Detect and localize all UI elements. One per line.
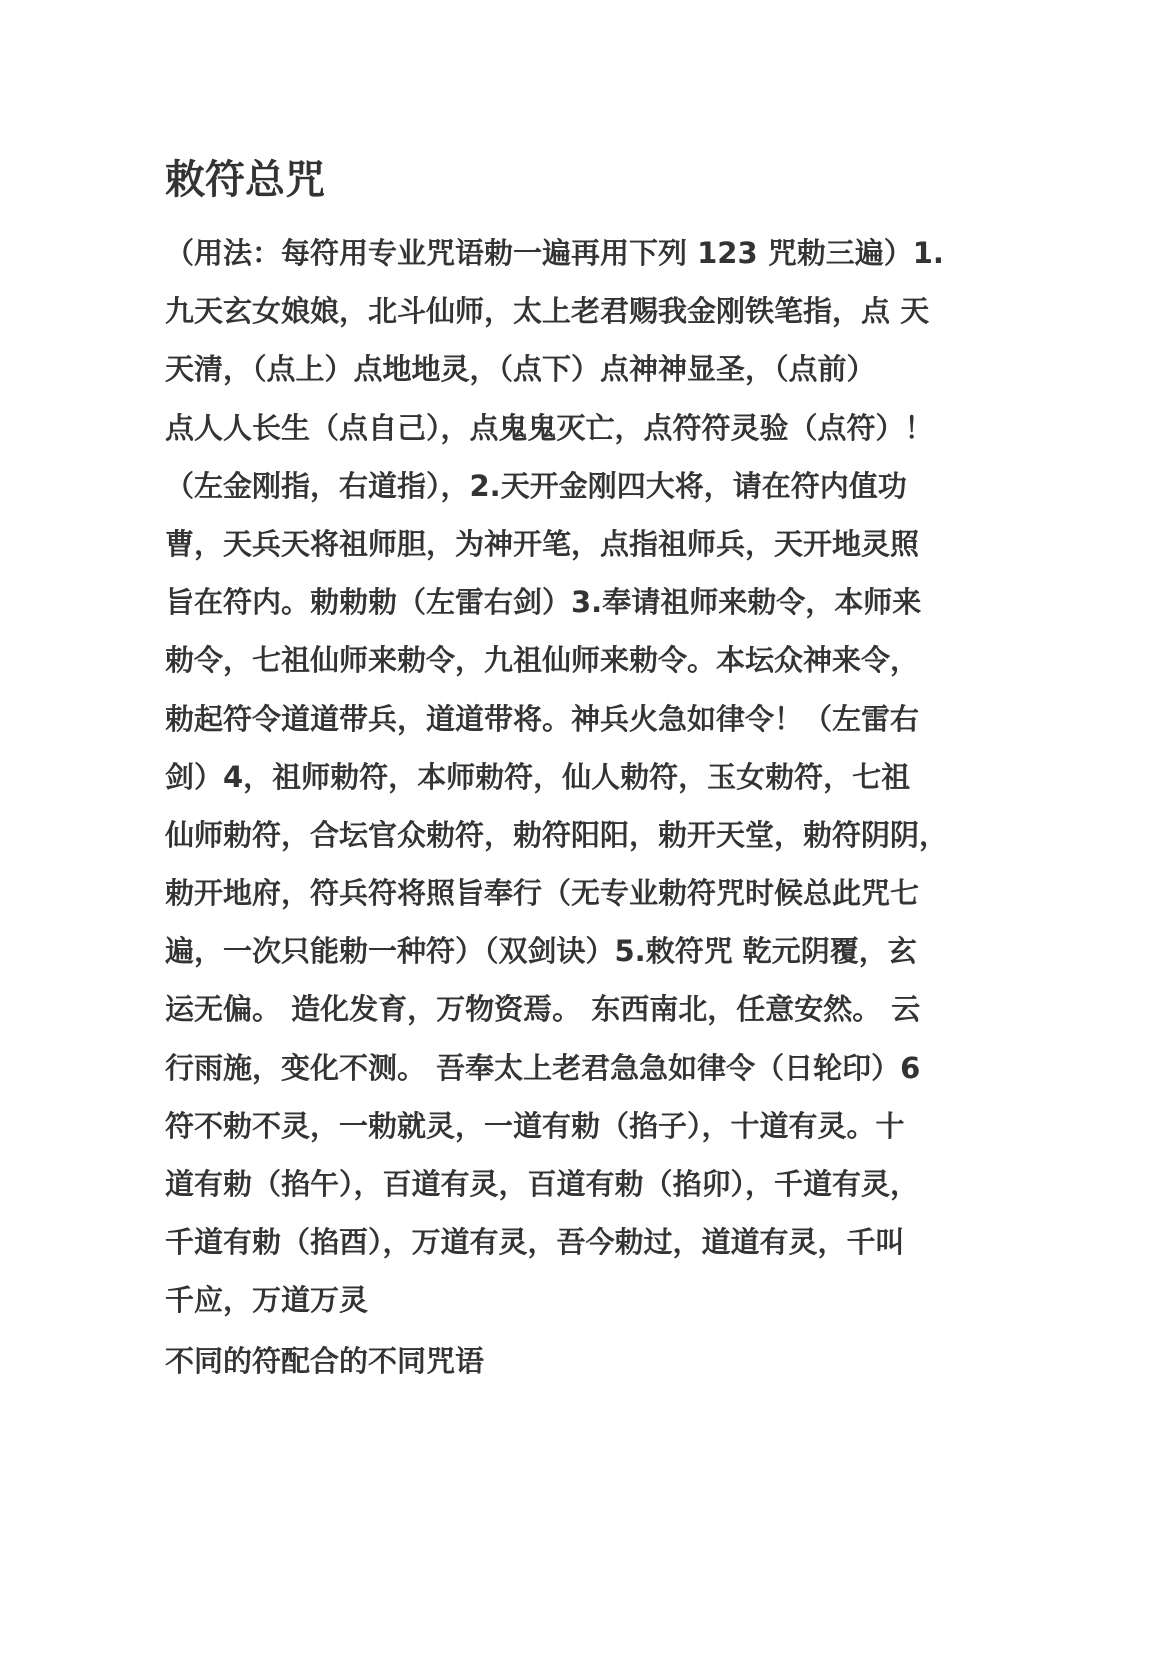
body-line: 剑）4，祖师勅符，本师勅符，仙人勅符，玉女勅符，七祖 <box>165 754 965 812</box>
document-body: （用法：每符用专业咒语勅一遍再用下列 123 咒勅三遍）1. 九天玄女娘娘，北斗… <box>165 230 965 1336</box>
body-line: 勅起符令道道带兵，道道带将。神兵火急如律令！（左雷右 <box>165 696 965 754</box>
body-line: （左金刚指，右道指），2.天开金刚四大将，请在符内值功 <box>165 463 965 521</box>
body-line: 九天玄女娘娘，北斗仙师，太上老君赐我金刚铁笔指，点 天 <box>165 288 965 346</box>
body-line: 曹，天兵天将祖师胆，为神开笔，点指祖师兵，天开地灵照 <box>165 521 965 579</box>
body-line: 道有勅（掐午），百道有灵，百道有勅（掐卯），千道有灵， <box>165 1161 965 1219</box>
body-line: （用法：每符用专业咒语勅一遍再用下列 123 咒勅三遍）1. <box>165 230 965 288</box>
body-line: 行雨施，变化不测。 吾奉太上老君急急如律令（日轮印）6 <box>165 1045 965 1103</box>
body-line: 千应，万道万灵 <box>165 1277 965 1335</box>
body-line: 天清，（点上）点地地灵，（点下）点神神显圣，（点前） <box>165 346 965 404</box>
body-line: 勅令，七祖仙师来勅令，九祖仙师来勅令。本坛众神来令， <box>165 637 965 695</box>
body-line: 符不勅不灵，一勅就灵，一道有勅（掐子），十道有灵。十 <box>165 1103 965 1161</box>
body-line: 仙师勅符，合坛官众勅符，勅符阳阳，勅开天堂，勅符阴阴， <box>165 812 965 870</box>
body-line: 运无偏。 造化发育，万物资焉。 东西南北，任意安然。 云 <box>165 986 965 1044</box>
document-title: 敕符总咒 <box>165 155 325 205</box>
body-line: 旨在符内。勅勅勅（左雷右剑）3.奉请祖师来勅令，本师来 <box>165 579 965 637</box>
body-line: 点人人长生（点自己），点鬼鬼灭亡，点符符灵验（点符）！ <box>165 405 965 463</box>
closing-note: 不同的符配合的不同咒语 <box>165 1338 484 1384</box>
body-line: 遍，一次只能勅一种符）（双剑诀）5.敕符咒 乾元阴覆，玄 <box>165 928 965 986</box>
body-line: 千道有勅（掐酉），万道有灵，吾今勅过，道道有灵，千叫 <box>165 1219 965 1277</box>
body-line: 勅开地府，符兵符将照旨奉行（无专业勅符咒时候总此咒七 <box>165 870 965 928</box>
